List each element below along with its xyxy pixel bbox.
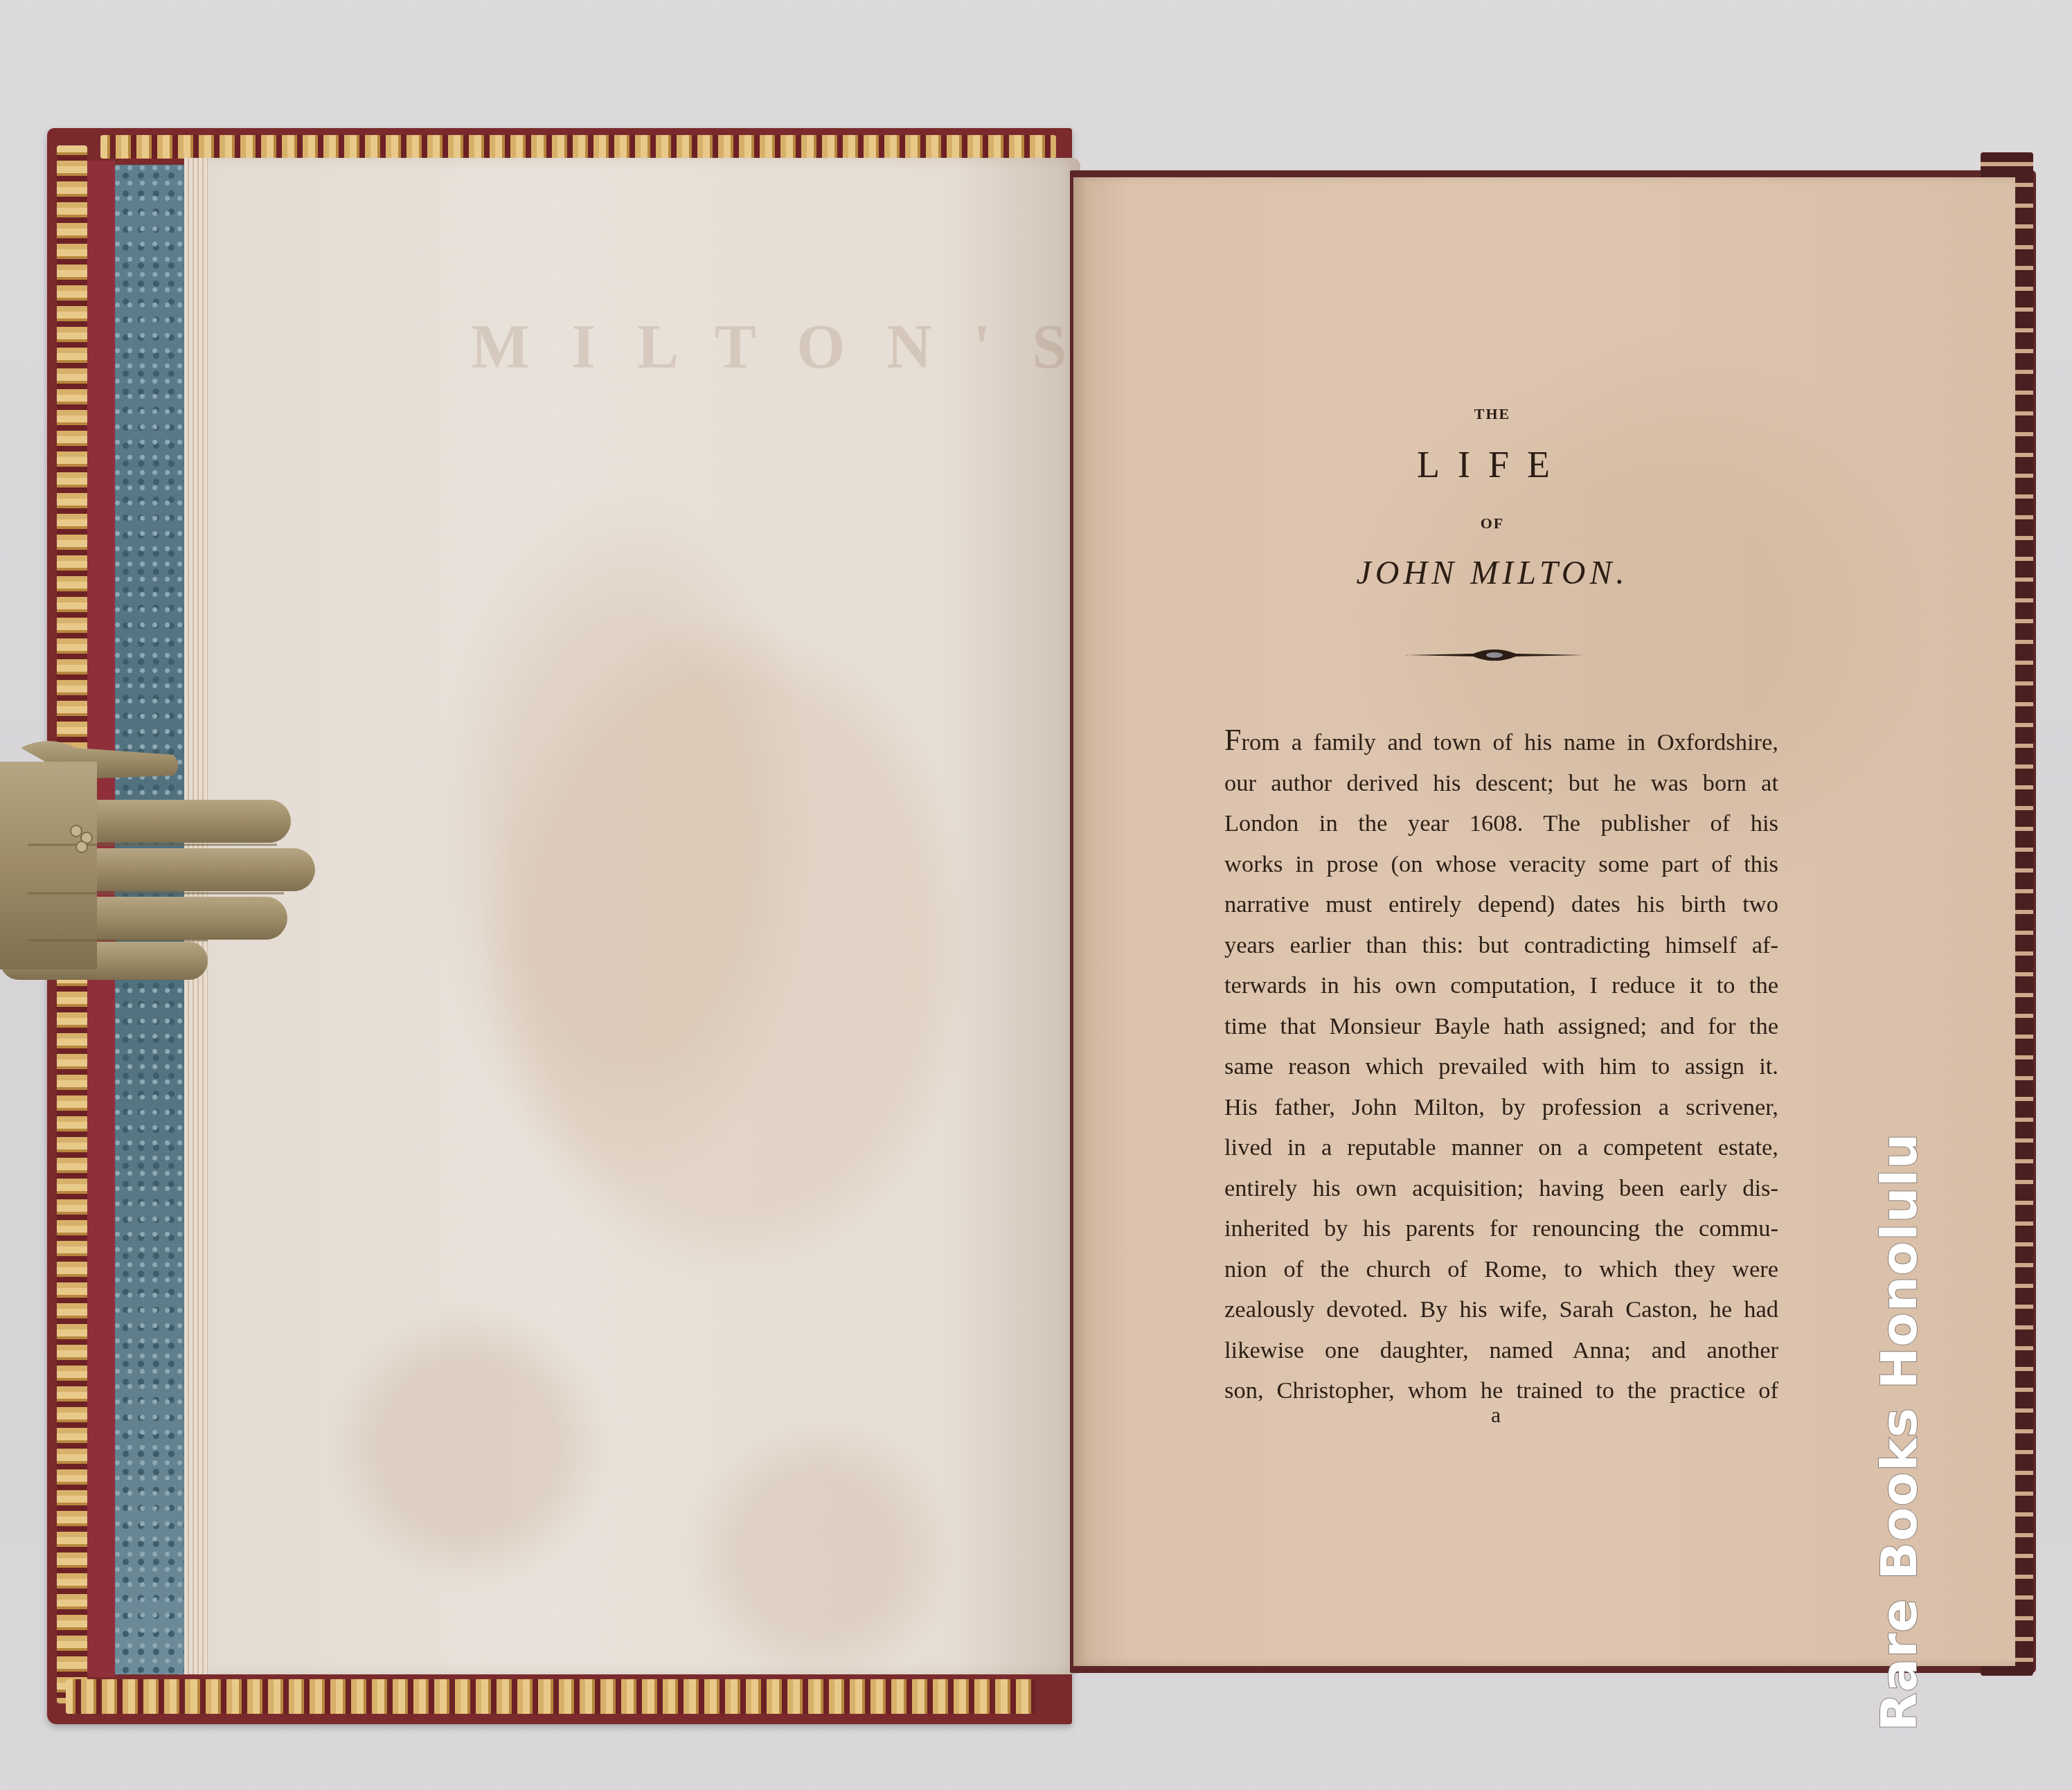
text-line: same reason which prevailed with him to …	[1224, 1046, 1778, 1087]
rule-ornament-icon	[1404, 647, 1585, 663]
text-line: narrative must entirely depend) dates hi…	[1224, 884, 1778, 925]
body-text: From a family and town of his name in Ox…	[1224, 720, 1778, 1411]
text-line: our author derived his descent; but he w…	[1224, 763, 1778, 804]
text-line: From a family and town of his name in Ox…	[1224, 720, 1778, 763]
text-line: terwards in his own computation, I reduc…	[1224, 965, 1778, 1006]
text-line: lived in a reputable manner on a compete…	[1224, 1127, 1778, 1168]
text-line: entirely his own acquisition; having bee…	[1224, 1168, 1778, 1209]
text-line: likewise one daughter, named Anna; and a…	[1224, 1330, 1778, 1371]
text-line: zealously devoted. By his wife, Sarah Ca…	[1224, 1289, 1778, 1330]
text-line: His father, John Milton, by profession a…	[1224, 1087, 1778, 1128]
text-line: time that Monsieur Bayle hath assigned; …	[1224, 1006, 1778, 1047]
gilt-border-bottom	[66, 1679, 1035, 1714]
show-through-portrait	[478, 609, 976, 1288]
signature-mark: a	[1454, 1402, 1537, 1428]
watermark: Rare Books Honolulu	[1870, 1133, 1928, 1731]
gilt-border-top	[100, 135, 1056, 159]
text-line: years earlier than this: but contradicti…	[1224, 925, 1778, 966]
title-john-milton: JOHN MILTON.	[1215, 554, 1769, 592]
text-line: inherited by his parents for renouncing …	[1224, 1208, 1778, 1249]
brass-hand-weight-icon	[0, 734, 319, 990]
text-line: works in prose (on whose veracity some p…	[1224, 844, 1778, 885]
show-through-title: MILTON'S	[471, 312, 1025, 383]
title-of: OF	[1215, 514, 1769, 532]
text-line: London in the year 1608. The publisher o…	[1224, 803, 1778, 844]
title-life: LIFE	[1215, 443, 1769, 486]
title-the: THE	[1215, 405, 1769, 423]
text-line: nion of the church of Rome, to which the…	[1224, 1249, 1778, 1290]
